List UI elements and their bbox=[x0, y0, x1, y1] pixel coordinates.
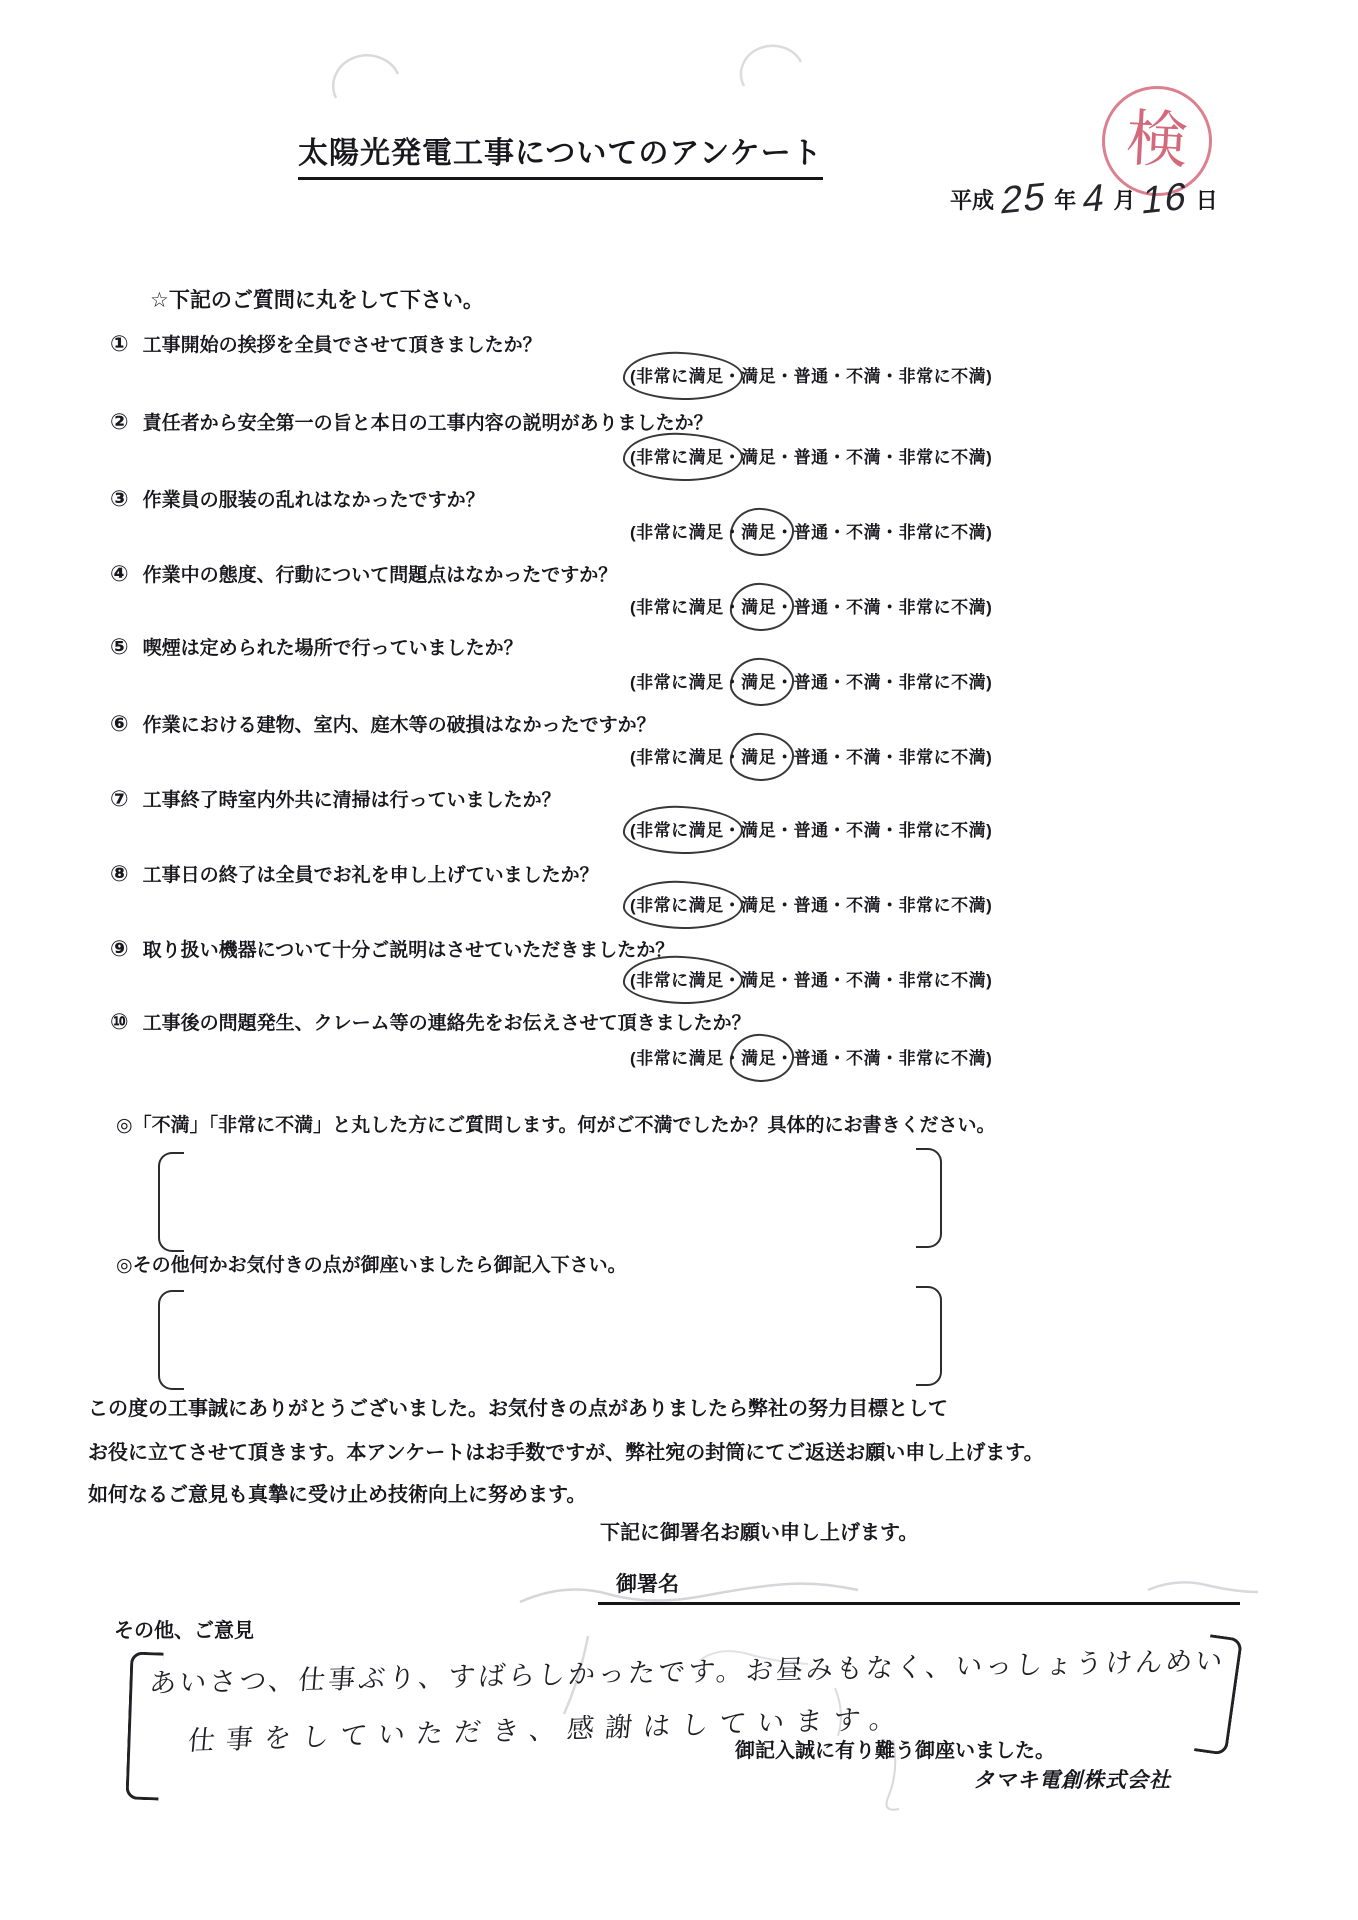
rating-separator: ・ bbox=[776, 598, 794, 617]
question-5: ⑤喫煙は定められた場所で行っていましたか？ bbox=[110, 633, 523, 660]
rating-option: 非常に満足 bbox=[636, 598, 724, 617]
rating-scale-7: (非常に満足・満足・普通・不満・非常に不満) bbox=[630, 816, 1040, 841]
date-month-label: 月 bbox=[1113, 190, 1135, 218]
rating-option: 非常に不満 bbox=[899, 673, 987, 692]
rating-option: 満足 bbox=[741, 896, 776, 915]
rating-option: 普通 bbox=[794, 673, 829, 692]
rating-separator: ・ bbox=[724, 448, 742, 467]
paren-close: ) bbox=[986, 523, 992, 542]
rating-option: 満足 bbox=[741, 367, 776, 386]
question-4: ④作業中の態度、行動について問題点はなかったですか？ bbox=[110, 560, 617, 587]
rating-option: 非常に満足 bbox=[636, 448, 724, 467]
rating-option: 普通 bbox=[794, 896, 829, 915]
question-2: ②責任者から安全第一の旨と本日の工事内容の説明がありましたか？ bbox=[110, 408, 713, 435]
rating-option: 普通 bbox=[794, 821, 829, 840]
rating-scale-2: (非常に満足・満足・普通・不満・非常に不満) bbox=[630, 443, 1040, 468]
rating-scale-6: (非常に満足・満足・普通・不満・非常に不満) bbox=[630, 743, 1040, 768]
question-number: ⑥ bbox=[110, 711, 129, 737]
date-day-handwritten: 16 bbox=[1137, 177, 1194, 221]
rating-separator: ・ bbox=[776, 1049, 794, 1068]
rating-option: 普通 bbox=[794, 448, 829, 467]
other-box-bracket-right bbox=[916, 1286, 942, 1386]
stamp-character: 検 bbox=[1124, 108, 1189, 173]
rating-separator: ・ bbox=[881, 971, 899, 990]
question-3: ③作業員の服装の乱れはなかったですか？ bbox=[110, 485, 485, 512]
rating-option: 非常に満足 bbox=[636, 367, 724, 386]
rating-separator: ・ bbox=[776, 367, 794, 386]
rating-scale-3: (非常に満足・満足・普通・不満・非常に不満) bbox=[630, 518, 1040, 543]
rating-separator: ・ bbox=[829, 1049, 847, 1068]
rating-option: 満足 bbox=[741, 523, 776, 542]
question-number: ② bbox=[110, 409, 129, 435]
signature-label: 御署名 bbox=[616, 1568, 679, 1598]
rating-separator: ・ bbox=[829, 896, 847, 915]
handwritten-comment: あいさつ、仕事ぶり、すばらしかったです。お昼みもなく、いっしょうけんめい 仕事を… bbox=[149, 1639, 1231, 1754]
rating-option: 非常に満足 bbox=[636, 896, 724, 915]
rating-scale-1: (非常に満足・満足・普通・不満・非常に不満) bbox=[630, 362, 1040, 387]
rating-separator: ・ bbox=[724, 748, 742, 767]
complaint-box-bracket-left bbox=[158, 1152, 184, 1252]
rating-option: 非常に満足 bbox=[636, 673, 724, 692]
rating-option: 不満 bbox=[846, 598, 881, 617]
date-day-label: 日 bbox=[1196, 190, 1218, 218]
rating-separator: ・ bbox=[829, 448, 847, 467]
question-text: 作業中の態度、行動について問題点はなかったですか？ bbox=[143, 560, 618, 587]
question-text: 工事終了時室内外共に清掃は行っていましたか？ bbox=[143, 785, 561, 812]
question-number: ⑨ bbox=[110, 936, 129, 962]
rating-option: 普通 bbox=[794, 748, 829, 767]
rating-option: 不満 bbox=[846, 367, 881, 386]
paren-close: ) bbox=[986, 367, 992, 386]
question-number: ① bbox=[110, 331, 129, 357]
rating-separator: ・ bbox=[776, 673, 794, 692]
rating-separator: ・ bbox=[724, 971, 742, 990]
rating-separator: ・ bbox=[724, 673, 742, 692]
rating-separator: ・ bbox=[881, 448, 899, 467]
rating-option: 不満 bbox=[846, 523, 881, 542]
rating-option: 非常に満足 bbox=[636, 748, 724, 767]
question-text: 工事後の問題発生、クレーム等の連絡先をお伝えさせて頂きましたか？ bbox=[143, 1008, 751, 1035]
rating-option: 普通 bbox=[794, 523, 829, 542]
question-10: ⑩工事後の問題発生、クレーム等の連絡先をお伝えさせて頂きましたか？ bbox=[110, 1008, 751, 1035]
rating-scale-8: (非常に満足・満足・普通・不満・非常に不満) bbox=[630, 891, 1040, 916]
question-9: ⑨取り扱い機器について十分ご説明はさせていただきましたか？ bbox=[110, 935, 674, 962]
rating-separator: ・ bbox=[881, 896, 899, 915]
rating-separator: ・ bbox=[724, 1049, 742, 1068]
rating-option: 非常に不満 bbox=[899, 896, 987, 915]
other-comments-prompt: ◎その他何かお気付きの点が御座いましたら御記入下さい。 bbox=[116, 1250, 627, 1277]
paren-close: ) bbox=[986, 971, 992, 990]
question-6: ⑥作業における建物、室内、庭木等の破損はなかったですか？ bbox=[110, 710, 656, 737]
complaint-box-bracket-right bbox=[916, 1148, 942, 1248]
question-number: ⑩ bbox=[110, 1009, 129, 1035]
rating-option: 普通 bbox=[794, 1049, 829, 1068]
rating-separator: ・ bbox=[829, 598, 847, 617]
company-name: タマキ電創株式会社 bbox=[973, 1764, 1171, 1794]
rating-separator: ・ bbox=[724, 598, 742, 617]
date-year-label: 年 bbox=[1054, 190, 1076, 218]
paren-close: ) bbox=[986, 748, 992, 767]
rating-option: 非常に満足 bbox=[636, 971, 724, 990]
paren-close: ) bbox=[986, 1049, 992, 1068]
rating-separator: ・ bbox=[829, 971, 847, 990]
question-number: ⑧ bbox=[110, 861, 129, 887]
rating-scale-4: (非常に満足・満足・普通・不満・非常に不満) bbox=[630, 593, 1040, 618]
signature-line bbox=[598, 1602, 1240, 1605]
rating-option: 不満 bbox=[846, 971, 881, 990]
rating-option: 非常に満足 bbox=[636, 821, 724, 840]
question-1: ①工事開始の挨拶を全員でさせて頂きましたか？ bbox=[110, 330, 542, 357]
rating-scale-10: (非常に満足・満足・普通・不満・非常に不満) bbox=[630, 1044, 1040, 1069]
rating-separator: ・ bbox=[881, 673, 899, 692]
signature-request: 下記に御署名お願い申し上げます。 bbox=[600, 1516, 918, 1545]
rating-option: 満足 bbox=[741, 748, 776, 767]
question-text: 取り扱い機器について十分ご説明はさせていただきましたか？ bbox=[143, 935, 675, 962]
question-text: 喫煙は定められた場所で行っていましたか？ bbox=[143, 633, 523, 660]
question-number: ③ bbox=[110, 486, 129, 512]
question-text: 工事開始の挨拶を全員でさせて頂きましたか？ bbox=[143, 330, 542, 357]
date-line: 平成 25 年 4 月 16 日 bbox=[950, 180, 1218, 218]
handwritten-comment-line-2: 仕事をしていただき、感謝はしています。 bbox=[186, 1686, 1232, 1758]
rating-separator: ・ bbox=[776, 523, 794, 542]
rating-option: 満足 bbox=[741, 448, 776, 467]
rating-option: 満足 bbox=[741, 1049, 776, 1068]
rating-option: 非常に満足 bbox=[636, 523, 724, 542]
rating-separator: ・ bbox=[829, 523, 847, 542]
rating-separator: ・ bbox=[829, 821, 847, 840]
other-box-bracket-left bbox=[158, 1290, 184, 1390]
rating-option: 普通 bbox=[794, 367, 829, 386]
rating-option: 不満 bbox=[846, 673, 881, 692]
question-text: 責任者から安全第一の旨と本日の工事内容の説明がありましたか？ bbox=[143, 408, 713, 435]
rating-separator: ・ bbox=[881, 598, 899, 617]
survey-document: 太陽光発電工事についてのアンケート 検 平成 25 年 4 月 16 日 ☆下記… bbox=[0, 0, 1358, 1920]
instruction-line: ☆下記のご質問に丸をして下さい。 bbox=[150, 284, 484, 314]
question-number: ⑤ bbox=[110, 634, 129, 660]
rating-separator: ・ bbox=[776, 971, 794, 990]
paren-close: ) bbox=[986, 896, 992, 915]
rating-separator: ・ bbox=[724, 821, 742, 840]
rating-option: 満足 bbox=[741, 971, 776, 990]
rating-option: 普通 bbox=[794, 971, 829, 990]
rating-option: 非常に不満 bbox=[899, 367, 987, 386]
rating-option: 不満 bbox=[846, 448, 881, 467]
rating-separator: ・ bbox=[829, 673, 847, 692]
question-text: 工事日の終了は全員でお礼を申し上げていましたか？ bbox=[143, 860, 599, 887]
rating-scale-9: (非常に満足・満足・普通・不満・非常に不満) bbox=[630, 966, 1040, 991]
closing-line-1: この度の工事誠にありがとうございました。お気付きの点がありましたら弊社の努力目標… bbox=[88, 1392, 948, 1421]
page-title: 太陽光発電工事についてのアンケート bbox=[298, 128, 823, 180]
paren-close: ) bbox=[986, 448, 992, 467]
date-era-label: 平成 bbox=[950, 190, 994, 218]
rating-separator: ・ bbox=[881, 821, 899, 840]
question-number: ④ bbox=[110, 561, 129, 587]
rating-option: 非常に不満 bbox=[899, 821, 987, 840]
rating-option: 非常に不満 bbox=[899, 598, 987, 617]
question-number: ⑦ bbox=[110, 786, 129, 812]
rating-separator: ・ bbox=[724, 896, 742, 915]
rating-option: 非常に不満 bbox=[899, 523, 987, 542]
question-8: ⑧工事日の終了は全員でお礼を申し上げていましたか？ bbox=[110, 860, 599, 887]
question-text: 作業における建物、室内、庭木等の破損はなかったですか？ bbox=[143, 710, 656, 737]
rating-separator: ・ bbox=[724, 367, 742, 386]
rating-option: 非常に満足 bbox=[636, 1049, 724, 1068]
rating-option: 不満 bbox=[846, 821, 881, 840]
rating-option: 非常に不満 bbox=[899, 971, 987, 990]
rating-separator: ・ bbox=[881, 523, 899, 542]
question-text: 作業員の服装の乱れはなかったですか？ bbox=[143, 485, 485, 512]
rating-separator: ・ bbox=[881, 367, 899, 386]
rating-option: 不満 bbox=[846, 1049, 881, 1068]
rating-separator: ・ bbox=[776, 448, 794, 467]
complaint-prompt: ◎「不満」「非常に不満」と丸した方にご質問します。何がご不満でしたか？具体的にお… bbox=[116, 1110, 996, 1137]
rating-separator: ・ bbox=[881, 748, 899, 767]
thanks-note: 御記入誠に有り難う御座いました。 bbox=[735, 1734, 1055, 1763]
rating-separator: ・ bbox=[776, 821, 794, 840]
paren-close: ) bbox=[986, 673, 992, 692]
rating-separator: ・ bbox=[776, 896, 794, 915]
rating-scale-5: (非常に満足・満足・普通・不満・非常に不満) bbox=[630, 668, 1040, 693]
rating-option: 不満 bbox=[846, 748, 881, 767]
rating-separator: ・ bbox=[776, 748, 794, 767]
rating-separator: ・ bbox=[829, 748, 847, 767]
date-month-handwritten: 4 bbox=[1078, 178, 1112, 220]
question-7: ⑦工事終了時室内外共に清掃は行っていましたか？ bbox=[110, 785, 561, 812]
closing-line-3: 如何なるご意見も真摯に受け止め技術向上に努めます。 bbox=[88, 1478, 586, 1507]
rating-option: 満足 bbox=[741, 598, 776, 617]
rating-option: 満足 bbox=[741, 673, 776, 692]
comments-label: その他、ご意見 bbox=[114, 1614, 254, 1643]
rating-option: 非常に不満 bbox=[899, 448, 987, 467]
rating-option: 不満 bbox=[846, 896, 881, 915]
paren-close: ) bbox=[986, 821, 992, 840]
rating-option: 非常に不満 bbox=[899, 748, 987, 767]
rating-option: 普通 bbox=[794, 598, 829, 617]
rating-option: 非常に不満 bbox=[899, 1049, 987, 1068]
date-year-handwritten: 25 bbox=[995, 177, 1052, 221]
rating-separator: ・ bbox=[724, 523, 742, 542]
rating-separator: ・ bbox=[829, 367, 847, 386]
closing-line-2: お役に立てさせて頂きます。本アンケートはお手数ですが、弊社宛の封筒にてご返送お願… bbox=[88, 1436, 1044, 1465]
rating-option: 満足 bbox=[741, 821, 776, 840]
paren-close: ) bbox=[986, 598, 992, 617]
rating-separator: ・ bbox=[881, 1049, 899, 1068]
